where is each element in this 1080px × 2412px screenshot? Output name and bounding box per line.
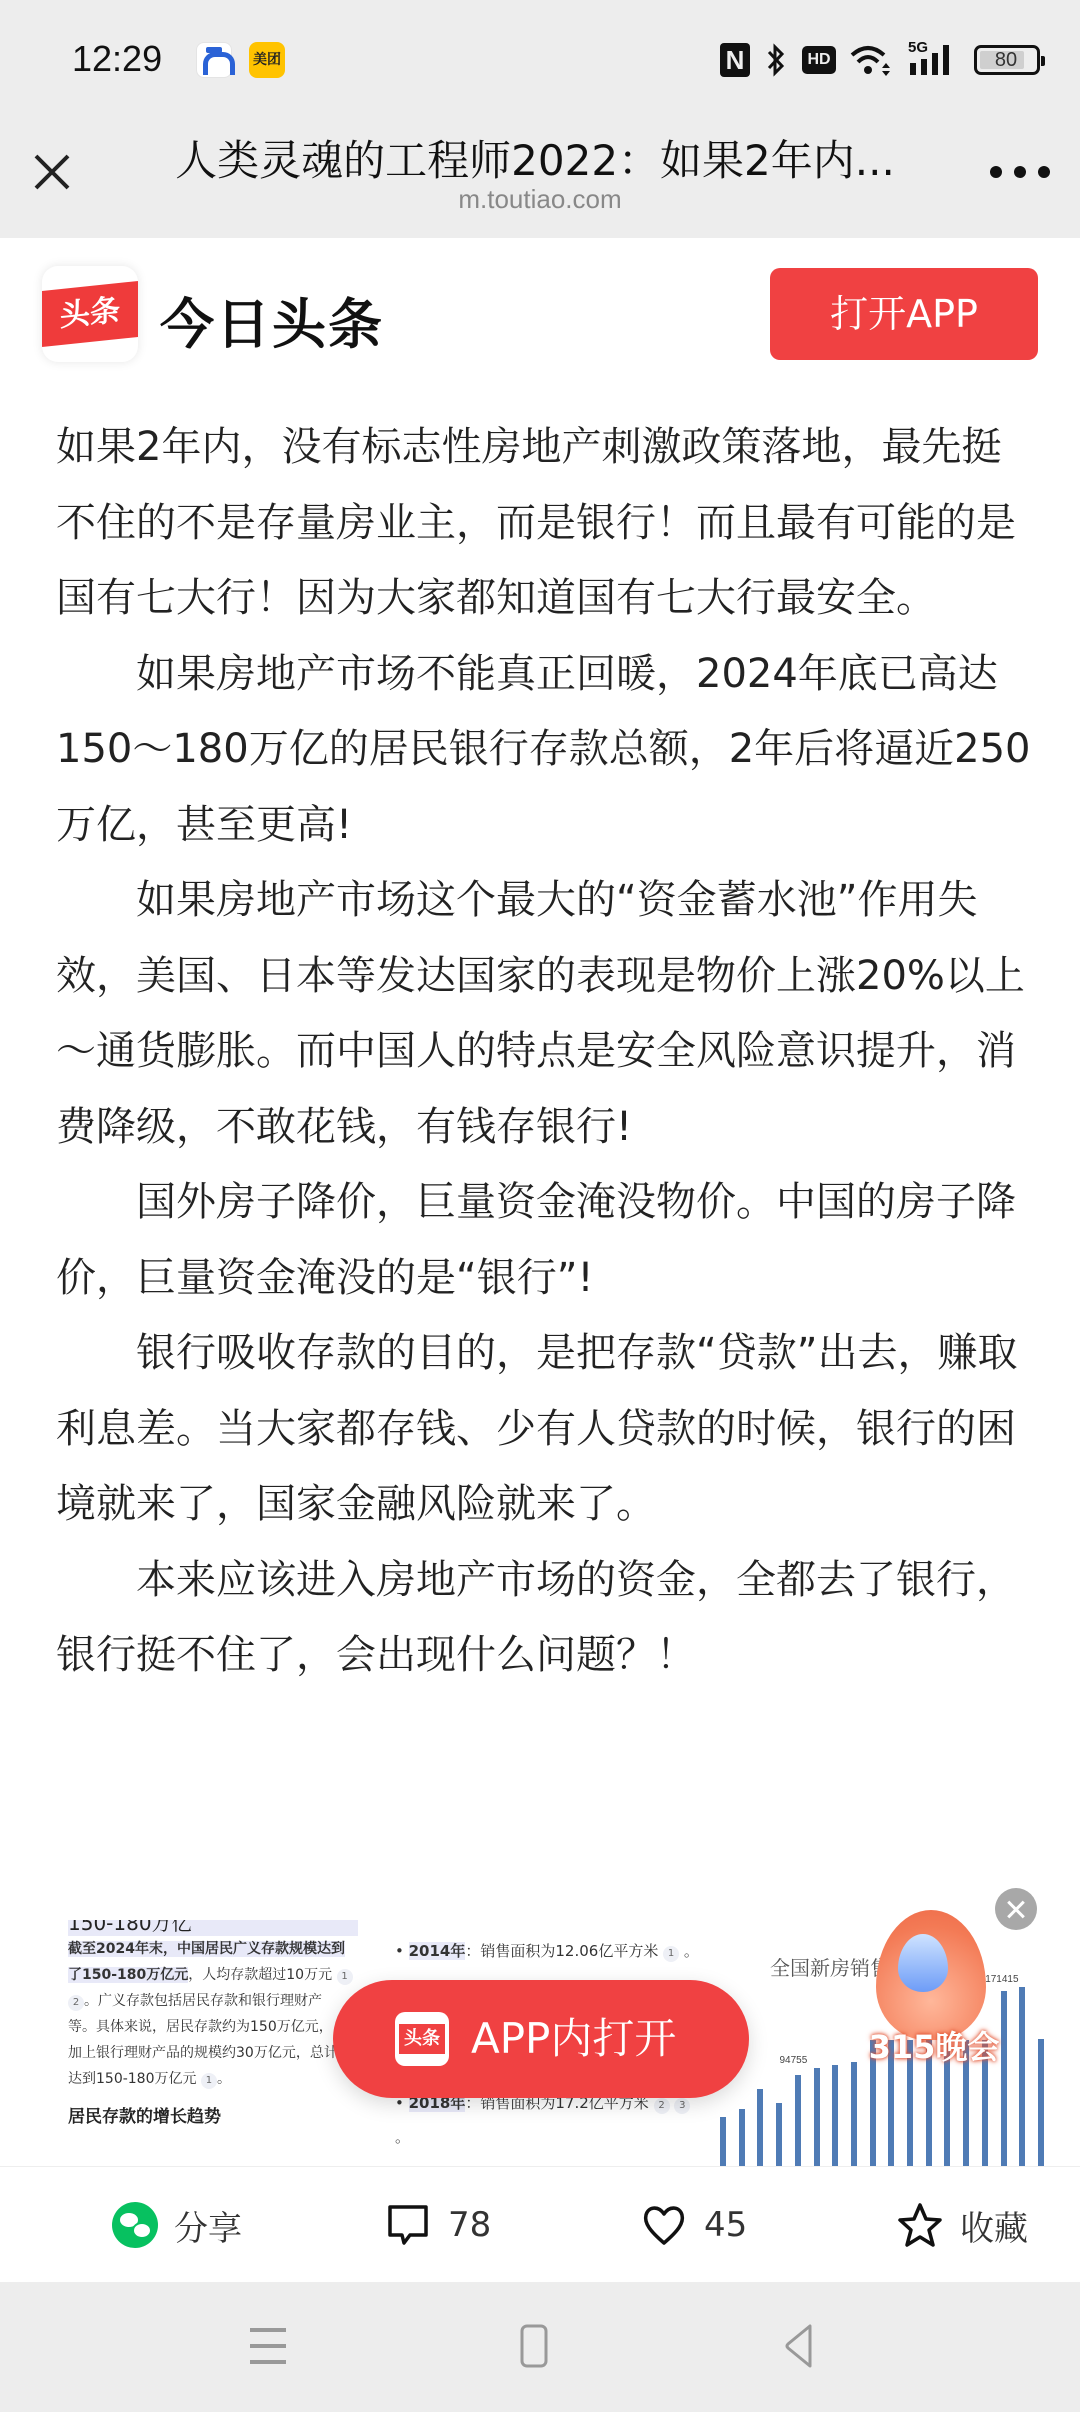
- article-paragraph: 本来应该进入房地产市场的资金，全都去了银行，银行挺不住了，会出现什么问题？！: [56, 1543, 1036, 1694]
- home-icon[interactable]: [504, 2322, 564, 2370]
- chart-bar: [814, 2068, 820, 2168]
- bottom-action-bar: 分享 78 45 收藏: [0, 2166, 1080, 2282]
- page-title: 人类灵魂的工程师2022：如果2年内...: [150, 128, 920, 188]
- wechat-icon: [112, 2202, 158, 2248]
- article-paragraph: 国外房子降价，巨量资金淹没物价。中国的房子降价，巨量资金淹没的是“银行”!: [56, 1165, 1036, 1316]
- status-bar: 12:29 美团 N HD 5G 80: [0, 0, 1080, 122]
- open-in-app-button[interactable]: 头条 APP内打开: [333, 1980, 749, 2098]
- like-button[interactable]: 45: [640, 2167, 747, 2283]
- 5g-signal-icon: 5G: [908, 43, 960, 77]
- flame-icon: [876, 1910, 986, 2040]
- article-paragraph: 如果房地产市场不能真正回暖，2024年底已高达150～180万亿的居民银行存款总…: [56, 637, 1036, 864]
- favorite-button[interactable]: 收藏: [896, 2167, 1028, 2283]
- star-icon: [896, 2201, 944, 2249]
- more-icon[interactable]: [990, 152, 1050, 192]
- chart-bar-label: 94755: [780, 2055, 808, 2066]
- toutiao-logo-icon: 头条: [395, 2012, 449, 2066]
- promo-315-badge[interactable]: 315晚会: [864, 1910, 1004, 2080]
- hd-icon: HD: [802, 46, 836, 74]
- comment-button[interactable]: 78: [384, 2167, 491, 2283]
- jingche-app-icon: [196, 42, 232, 78]
- comment-icon: [384, 2201, 432, 2249]
- toutiao-logo: 头条: [42, 266, 138, 362]
- like-count: 45: [704, 2205, 747, 2245]
- battery-icon: 80: [974, 45, 1040, 75]
- chart-bar: [757, 2089, 763, 2168]
- status-time: 12:29: [72, 38, 162, 80]
- app-name: 今日头条: [160, 282, 384, 359]
- article-paragraph: 如果房地产市场这个最大的“资金蓄水池”作用失效，美国、日本等发达国家的表现是物价…: [56, 863, 1036, 1165]
- chart-bar: [720, 2117, 726, 2168]
- wifi-icon: [850, 43, 894, 77]
- heart-icon: [640, 2201, 688, 2249]
- chart-bar: [739, 2109, 745, 2168]
- recent-apps-icon[interactable]: [238, 2322, 298, 2370]
- back-icon[interactable]: [770, 2322, 830, 2370]
- embed-deposit-text: 150-180万亿 截至2024年末，中国居民广义存款规模达到 了150-180…: [68, 1920, 358, 2130]
- nfc-icon: N: [720, 43, 750, 77]
- chart-bar: [1019, 1987, 1025, 2168]
- battery-level: 80: [977, 48, 1035, 72]
- chart-bar: [851, 2062, 857, 2168]
- article-paragraph: 银行吸收存款的目的，是把存款“贷款”出去，赚取利息差。当大家都存钱、少有人贷款的…: [56, 1316, 1036, 1543]
- chart-bar: [1038, 2039, 1044, 2168]
- meituan-app-icon: 美团: [249, 42, 285, 78]
- article-body: 如果2年内，没有标志性房地产刺激政策落地，最先挺不住的不是存量房业主，而是银行！…: [56, 410, 1036, 1694]
- status-icons: N HD 5G 80: [720, 40, 1040, 80]
- app-header: 头条 今日头条 打开APP: [0, 238, 1080, 390]
- open-app-button[interactable]: 打开APP: [770, 268, 1038, 360]
- article-paragraph: 如果2年内，没有标志性房地产刺激政策落地，最先挺不住的不是存量房业主，而是银行！…: [56, 410, 1036, 637]
- chart-bar: [776, 2103, 782, 2168]
- share-button[interactable]: 分享: [112, 2167, 242, 2283]
- chart-bar: [832, 2065, 838, 2168]
- network-type-label: 5G: [908, 39, 928, 56]
- system-nav-bar: [0, 2282, 1080, 2412]
- chart-bar: [795, 2075, 801, 2168]
- comment-count: 78: [448, 2205, 491, 2245]
- browser-title-bar: 人类灵魂的工程师2022：如果2年内... m.toutiao.com: [0, 122, 1080, 238]
- bluetooth-icon: [764, 42, 788, 78]
- page-url: m.toutiao.com: [0, 184, 1080, 215]
